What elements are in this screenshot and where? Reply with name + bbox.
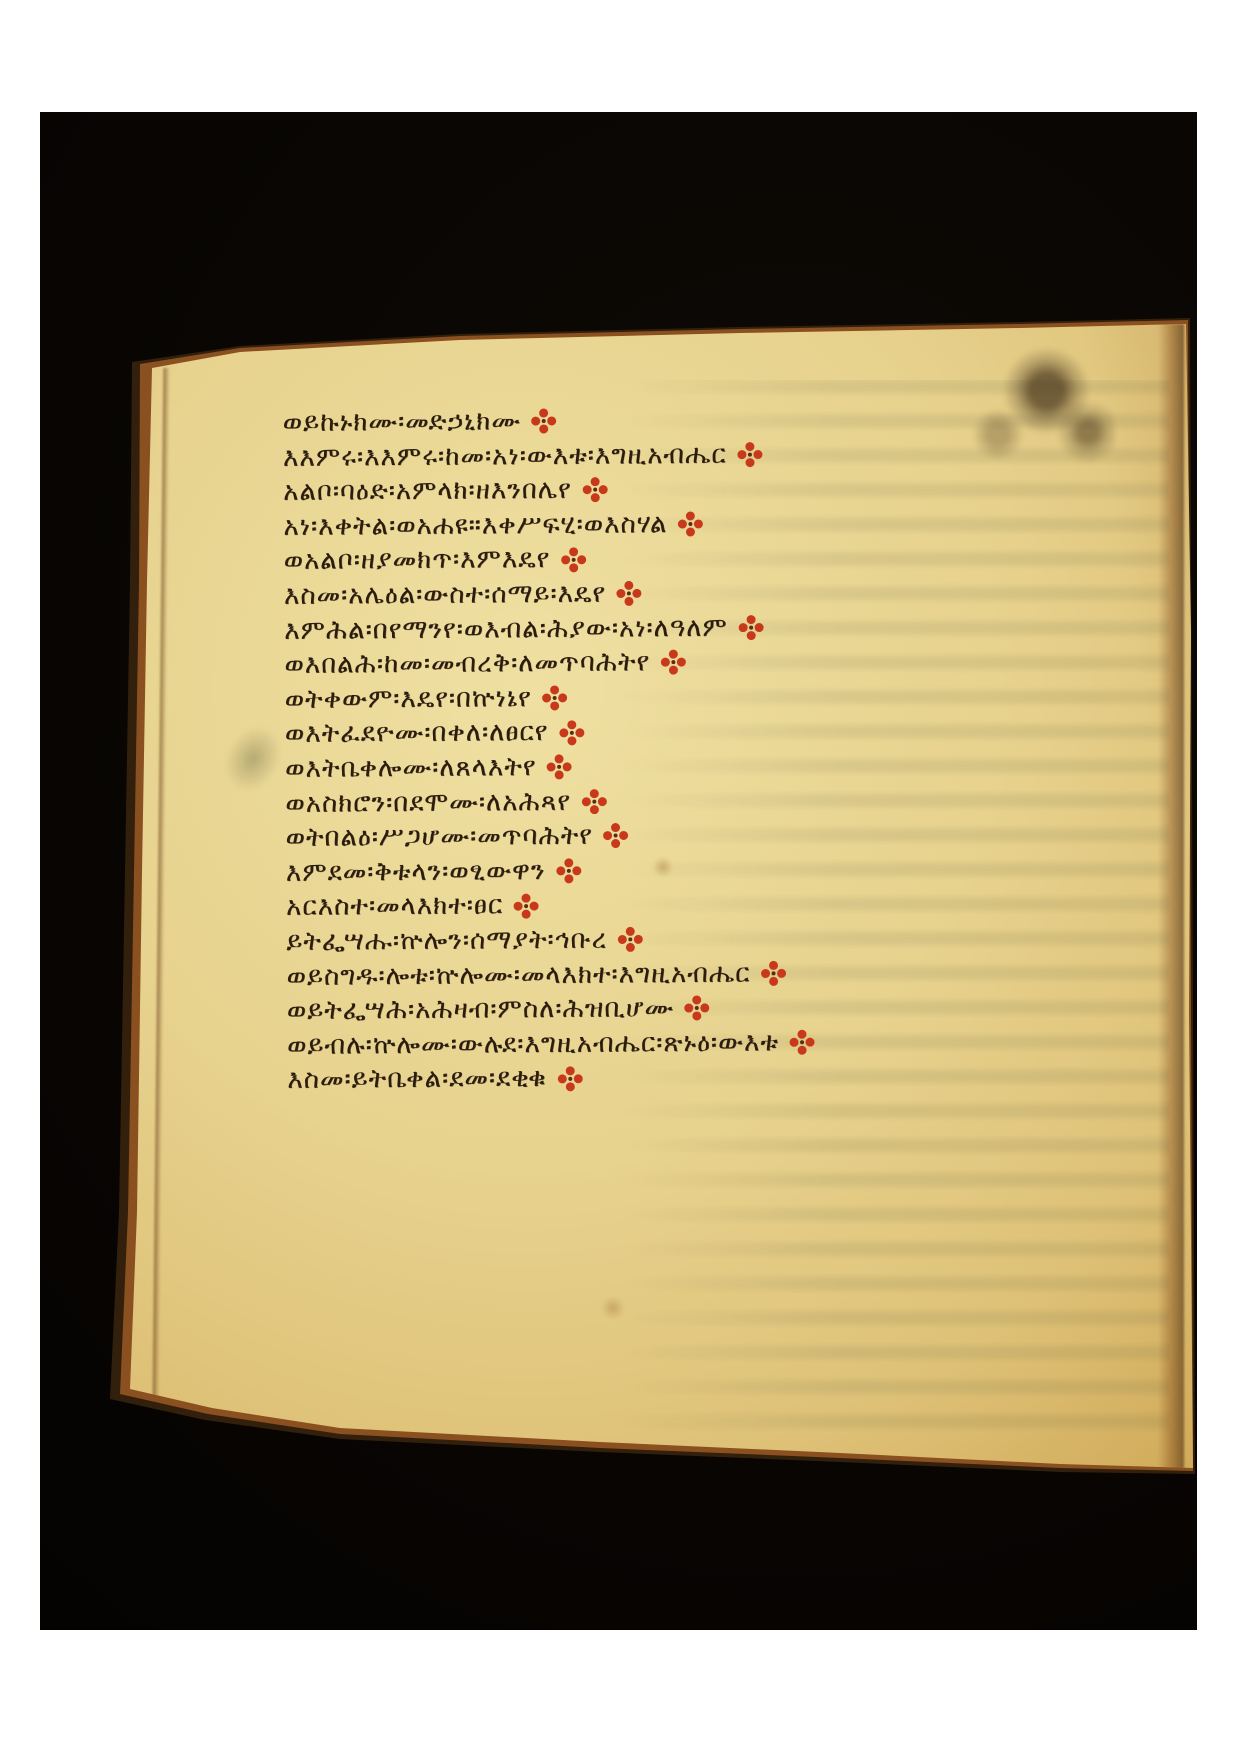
manuscript-line: እስመ፡ይትቤቀል፡ደመ፡ደቂቁ bbox=[287, 1059, 813, 1097]
page-left-edge-line bbox=[153, 368, 170, 1398]
manuscript-line-text: ወእትቤቀሎሙ፡ለጸላእትየ bbox=[285, 750, 537, 786]
manuscript-line: እምደመ፡ቅቱላን፡ወፂውዋን bbox=[286, 852, 812, 890]
section-mark bbox=[619, 929, 641, 951]
manuscript-line-text: ወይኩኑክሙ፡መድኃኒክሙ bbox=[283, 404, 522, 440]
manuscript-line: አነ፡እቀትል፡ወአሐዩ።እቀሥፍሂ፡ወእስሃል bbox=[283, 506, 809, 544]
section-mark bbox=[679, 513, 701, 535]
manuscript-line-text: አነ፡እቀትል፡ወአሐዩ።እቀሥፍሂ፡ወእስሃል bbox=[283, 507, 667, 544]
manuscript-line-text: አርእስተ፡መላእክተ፡ፀር bbox=[286, 889, 503, 925]
manuscript-line: እስመ፡አሌዕል፡ውስተ፡ሰማይ፡እዴየ bbox=[284, 575, 810, 613]
manuscript-line: አርእስተ፡መላእክተ፡ፀር bbox=[286, 886, 812, 924]
manuscript-text-block: ወይኩኑክሙ፡መድኃኒክሙእእምሩ፡እእምሩ፡ከመ፡አነ፡ውእቱ፡እግዚአብሔር… bbox=[283, 402, 814, 1098]
scan-canvas: ወይኩኑክሙ፡መድኃኒክሙእእምሩ፡እእምሩ፡ከመ፡አነ፡ውእቱ፡እግዚአብሔር… bbox=[0, 0, 1238, 1753]
spot-stain bbox=[600, 1297, 626, 1319]
manuscript-line: እምሕል፡በየማንየ፡ወእብል፡ሕያው፡አነ፡ለዓለም bbox=[284, 610, 810, 648]
section-mark bbox=[560, 721, 582, 743]
section-mark bbox=[584, 479, 606, 501]
section-mark bbox=[559, 1067, 581, 1089]
section-mark bbox=[548, 756, 570, 778]
manuscript-line-text: እስመ፡አሌዕል፡ውስተ፡ሰማይ፡እዴየ bbox=[284, 577, 606, 614]
manuscript-line-text: እምሕል፡በየማንየ፡ወእብል፡ሕያው፡አነ፡ለዓለም bbox=[284, 610, 728, 648]
manuscript-line: ወይስግዱ፡ሎቱ፡ኵሎሙ፡መላእክተ፡እግዚአብሔር bbox=[286, 956, 812, 994]
section-mark bbox=[583, 790, 605, 812]
parchment-page: ወይኩኑክሙ፡መድኃኒክሙእእምሩ፡እእምሩ፡ከመ፡አነ፡ውእቱ፡እግዚአብሔር… bbox=[40, 112, 1197, 1630]
section-mark bbox=[739, 443, 761, 465]
section-mark bbox=[762, 962, 784, 984]
section-mark bbox=[791, 1031, 813, 1053]
manuscript-line: እእምሩ፡እእምሩ፡ከመ፡አነ፡ውእቱ፡እግዚአብሔር bbox=[283, 437, 809, 475]
manuscript-line: ወእበልሕ፡ከመ፡መብረቅ፡ለመጥባሕትየ bbox=[284, 644, 810, 682]
manuscript-line: ወትበልዕ፡ሥጋሆሙ፡መጥባሕትየ bbox=[285, 817, 811, 855]
section-mark bbox=[605, 825, 627, 847]
smudge-stain bbox=[213, 715, 294, 802]
manuscript-line-text: ወእትፈደዮሙ፡በቀለ፡ለፀርየ bbox=[285, 715, 549, 751]
section-mark bbox=[686, 997, 708, 1019]
section-mark bbox=[618, 583, 640, 605]
manuscript-line-text: ወትቀውም፡እዴየ፡በኵነኔየ bbox=[285, 681, 532, 717]
manuscript-line-text: ወአስክሮን፡በደሞሙ፡ለአሕጻየ bbox=[285, 784, 571, 821]
manuscript-line: ወይኩኑክሙ፡መድኃኒክሙ bbox=[283, 402, 809, 440]
section-mark bbox=[662, 652, 684, 674]
manuscript-line: ወአልቦ፡ዘያመክጥ፡እምእዴየ bbox=[284, 541, 810, 579]
manuscript-line-text: ወትበልዕ፡ሥጋሆሙ፡መጥባሕትየ bbox=[285, 819, 593, 856]
section-mark bbox=[544, 687, 566, 709]
manuscript-line-text: ወእበልሕ፡ከመ፡መብረቅ፡ለመጥባሕትየ bbox=[284, 645, 650, 682]
manuscript-line-text: እእምሩ፡እእምሩ፡ከመ፡አነ፡ውእቱ፡እግዚአብሔር bbox=[283, 437, 727, 475]
manuscript-line: አልቦ፡ባዕድ፡አምላክ፡ዘእንበሌየ bbox=[283, 471, 809, 509]
manuscript-line: ይትፌሣሑ፡ኵሎን፡ሰማያት፡ኅቡረ bbox=[286, 921, 812, 959]
manuscript-line: ወእትቤቀሎሙ፡ለጸላእትየ bbox=[285, 748, 811, 786]
manuscript-line: ወይትፌሣሕ፡አሕዛብ፡ምስለ፡ሕዝቢሆሙ bbox=[287, 990, 813, 1028]
manuscript-line-text: አልቦ፡ባዕድ፡አምላክ፡ዘእንበሌየ bbox=[283, 473, 572, 510]
section-mark bbox=[740, 616, 762, 638]
section-mark bbox=[515, 895, 537, 917]
manuscript-line: ወእትፈደዮሙ፡በቀለ፡ለፀርየ bbox=[285, 714, 811, 752]
manuscript-line: ወይብሉ፡ኵሎሙ፡ውሉደ፡እግዚአብሔር፡ጽኑዕ፡ውእቱ bbox=[287, 1025, 813, 1063]
manuscript-line-text: እምደመ፡ቅቱላን፡ወፂውዋን bbox=[286, 854, 546, 890]
manuscript-line: ወአስክሮን፡በደሞሙ፡ለአሕጻየ bbox=[285, 783, 811, 821]
section-mark bbox=[557, 860, 579, 882]
section-mark bbox=[533, 410, 555, 432]
manuscript-line-text: ይትፌሣሑ፡ኵሎን፡ሰማያት፡ኅቡረ bbox=[286, 922, 607, 959]
manuscript-line: ወትቀውም፡እዴየ፡በኵነኔየ bbox=[285, 679, 811, 717]
manuscript-line-text: ወይስግዱ፡ሎቱ፡ኵሎሙ፡መላእክተ፡እግዚአብሔር bbox=[286, 956, 750, 994]
manuscript-line-text: ወይብሉ፡ኵሎሙ፡ውሉደ፡እግዚአብሔር፡ጽኑዕ፡ውእቱ bbox=[287, 1025, 779, 1063]
manuscript-line-text: እስመ፡ይትቤቀል፡ደመ፡ደቂቁ bbox=[287, 1061, 547, 1097]
section-mark bbox=[562, 548, 584, 570]
manuscript-line-text: ወአልቦ፡ዘያመክጥ፡እምእዴየ bbox=[284, 542, 551, 578]
photo-frame: ወይኩኑክሙ፡መድኃኒክሙእእምሩ፡እእምሩ፡ከመ፡አነ፡ውእቱ፡እግዚአብሔር… bbox=[40, 112, 1197, 1630]
manuscript-line-text: ወይትፌሣሕ፡አሕዛብ፡ምስለ፡ሕዝቢሆሙ bbox=[287, 991, 675, 1028]
ink-stain bbox=[935, 347, 1115, 472]
